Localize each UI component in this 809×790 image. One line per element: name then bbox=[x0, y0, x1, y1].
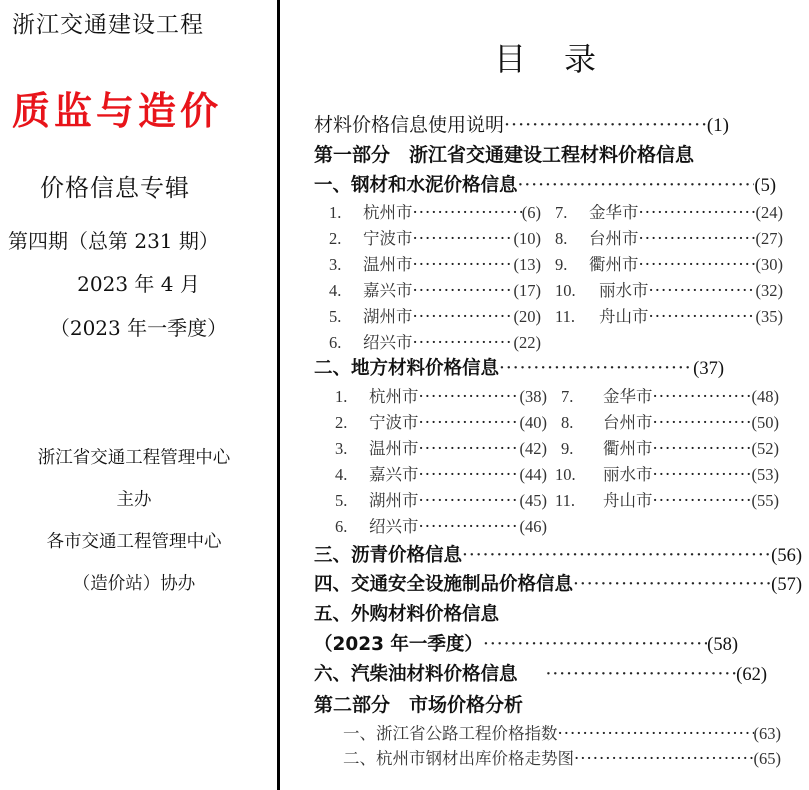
toc-item[interactable]: 5.湖州市(45) bbox=[335, 487, 547, 511]
toc-item[interactable]: 5.湖州市(20) bbox=[329, 303, 541, 327]
toc-item[interactable]: 6.绍兴市(22) bbox=[329, 329, 541, 353]
toc-item[interactable]: 8.台州市(27) bbox=[555, 225, 783, 249]
host-role: 主办 bbox=[0, 486, 268, 511]
toc-item[interactable]: 7.金华市(48) bbox=[561, 383, 779, 407]
toc-title: 目录 bbox=[281, 34, 809, 80]
toc-item[interactable]: 9.衢州市(52) bbox=[561, 435, 779, 459]
toc-part1[interactable]: 第一部分 浙江省交通建设工程材料价格信息 bbox=[314, 140, 694, 167]
toc-item[interactable]: 2.宁波市(40) bbox=[335, 409, 547, 433]
toc-item[interactable]: 10.丽水市(53) bbox=[555, 461, 779, 485]
toc-section5[interactable]: 五、外购材料价格信息 bbox=[314, 600, 499, 626]
toc-item[interactable]: 9.衢州市(30) bbox=[555, 251, 783, 275]
co-role: （造价站）协办 bbox=[0, 570, 268, 595]
toc-item[interactable]: 11.舟山市(35) bbox=[555, 303, 783, 327]
series-title: 浙江交通建设工程 bbox=[12, 6, 204, 39]
toc-section3[interactable]: 三、沥青价格信息(56) bbox=[314, 541, 802, 567]
toc-section5-sub[interactable]: （2023 年一季度）(58) bbox=[314, 630, 738, 656]
brand-title: 质监与造价 bbox=[12, 80, 222, 135]
cover-panel: 浙江交通建设工程 质监与造价 价格信息专辑 第四期（总第 231 期） 2023… bbox=[0, 0, 277, 790]
toc-part2-item[interactable]: 二、杭州市钢材出库价格走势图(65) bbox=[343, 745, 781, 769]
toc-item[interactable]: 8.台州市(50) bbox=[561, 409, 779, 433]
toc-section1[interactable]: 一、钢材和水泥价格信息(5) bbox=[314, 171, 776, 197]
leader-dots bbox=[504, 114, 707, 136]
toc-item[interactable]: 6.绍兴市(46) bbox=[335, 513, 547, 537]
toc-item[interactable]: 4.嘉兴市(17) bbox=[329, 277, 541, 301]
toc-item[interactable]: 7.金华市(24) bbox=[555, 199, 783, 223]
toc-item[interactable]: 11.舟山市(55) bbox=[555, 487, 779, 511]
page-divider bbox=[277, 0, 280, 790]
toc-item[interactable]: 3.温州市(13) bbox=[329, 251, 541, 275]
toc-part2-item[interactable]: 一、浙江省公路工程价格指数(63) bbox=[343, 720, 781, 744]
toc-entry-usage-note[interactable]: 材料价格信息使用说明(1) bbox=[314, 110, 729, 137]
toc-item[interactable]: 3.温州市(42) bbox=[335, 435, 547, 459]
toc-item[interactable]: 1.杭州市(6) bbox=[329, 199, 541, 223]
toc-section6[interactable]: 六、汽柴油材料价格信息(62) bbox=[314, 660, 767, 686]
issue-quarter: （2023 年一季度） bbox=[0, 312, 277, 341]
toc-item[interactable]: 4.嘉兴市(44) bbox=[335, 461, 547, 485]
toc-part2[interactable]: 第二部分 市场价格分析 bbox=[314, 690, 523, 717]
toc-section2[interactable]: 二、地方材料价格信息(37) bbox=[314, 354, 724, 380]
toc-item[interactable]: 1.杭州市(38) bbox=[335, 383, 547, 407]
issue-date: 2023 年 4 月 bbox=[0, 268, 277, 297]
special-title: 价格信息专辑 bbox=[40, 168, 190, 203]
co-org: 各市交通工程管理中心 bbox=[0, 528, 268, 553]
toc-item[interactable]: 2.宁波市(10) bbox=[329, 225, 541, 249]
table-of-contents: 目录 材料价格信息使用说明(1) 第一部分 浙江省交通建设工程材料价格信息 一、… bbox=[281, 0, 809, 790]
host-org: 浙江省交通工程管理中心 bbox=[0, 444, 268, 469]
issue-number: 第四期（总第 231 期） bbox=[8, 225, 219, 254]
toc-item[interactable]: 10.丽水市(32) bbox=[555, 277, 783, 301]
toc-section4[interactable]: 四、交通安全设施制品价格信息(57) bbox=[314, 570, 802, 596]
